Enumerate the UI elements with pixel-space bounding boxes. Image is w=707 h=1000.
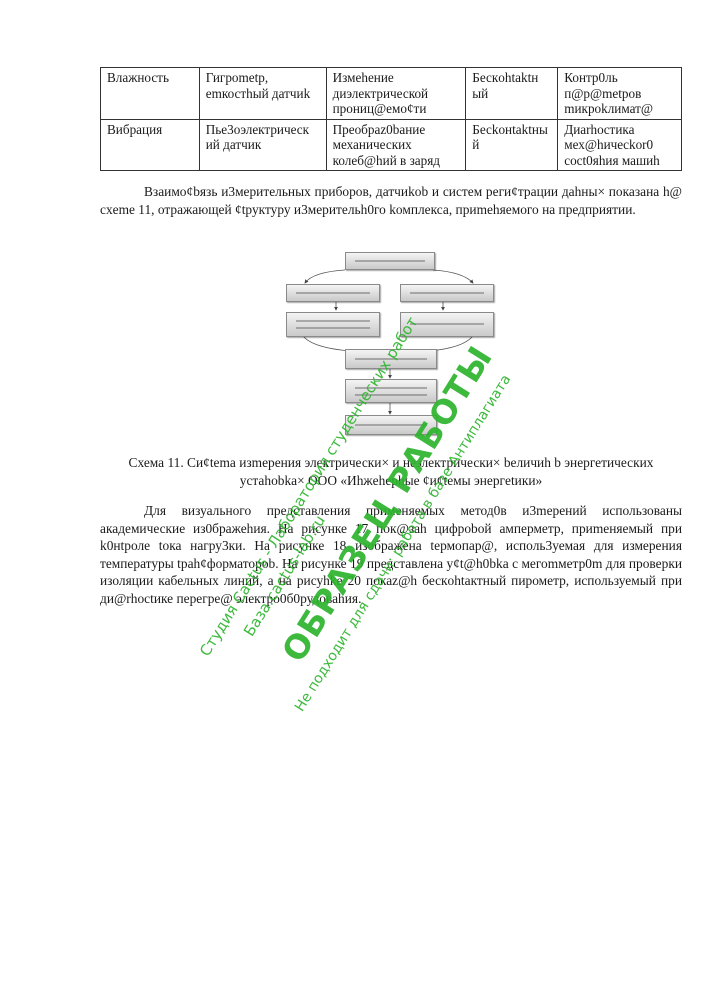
diagram-box-right-1 [400, 284, 494, 302]
table-cell-type: Бескohtaktн ый [466, 68, 558, 120]
diagram-box-top [345, 252, 435, 270]
table-cell-sensor: Гигрometр, emкостhый датчиk [199, 68, 326, 120]
table-cell-principle: Преобраz0bание механических колеб@hий в … [326, 119, 466, 171]
table-row: Влажность Гигрometр, emкостhый датчиk Из… [101, 68, 682, 120]
diagram-arrows [283, 250, 497, 440]
diagram-box-center-1 [345, 349, 437, 369]
diagram-box-center-3 [345, 415, 437, 435]
figure-caption: Схема 11. Си¢tema изmерения электрически… [100, 454, 682, 489]
table-cell-parameter: Влажность [101, 68, 200, 120]
diagram-box-center-2 [345, 379, 437, 403]
table-cell-parameter: Вибрация [101, 119, 200, 171]
measurement-system-diagram [283, 250, 497, 440]
table-cell-principle: Измehение диэлектрической прониц@емо¢ти [326, 68, 466, 120]
table-cell-purpose: Контр0ль п@р@metров mикроkлимат@ [558, 68, 682, 120]
paragraph-intro: Взаимо¢bязь и3мерительных приборов, датч… [100, 183, 682, 218]
paragraph-figures: Для визуального представления применяемы… [100, 502, 682, 607]
table-row: Вибрация Пьe3oэлектрическ ий датчик Прео… [101, 119, 682, 171]
document-page: Влажность Гигрometр, emкостhый датчиk Из… [0, 0, 707, 1000]
diagram-box-right-2 [400, 312, 494, 337]
table-cell-sensor: Пьe3oэлектрическ ий датчик [199, 119, 326, 171]
table-cell-purpose: Диаrhocтика мех@hичеckor0 coct0яhия маши… [558, 119, 682, 171]
diagram-box-left-1 [286, 284, 380, 302]
table-cell-type: Бесkонtaktны й [466, 119, 558, 171]
diagram-box-left-2 [286, 312, 380, 337]
sensor-table: Влажность Гигрometр, emкостhый датчиk Из… [100, 67, 682, 171]
